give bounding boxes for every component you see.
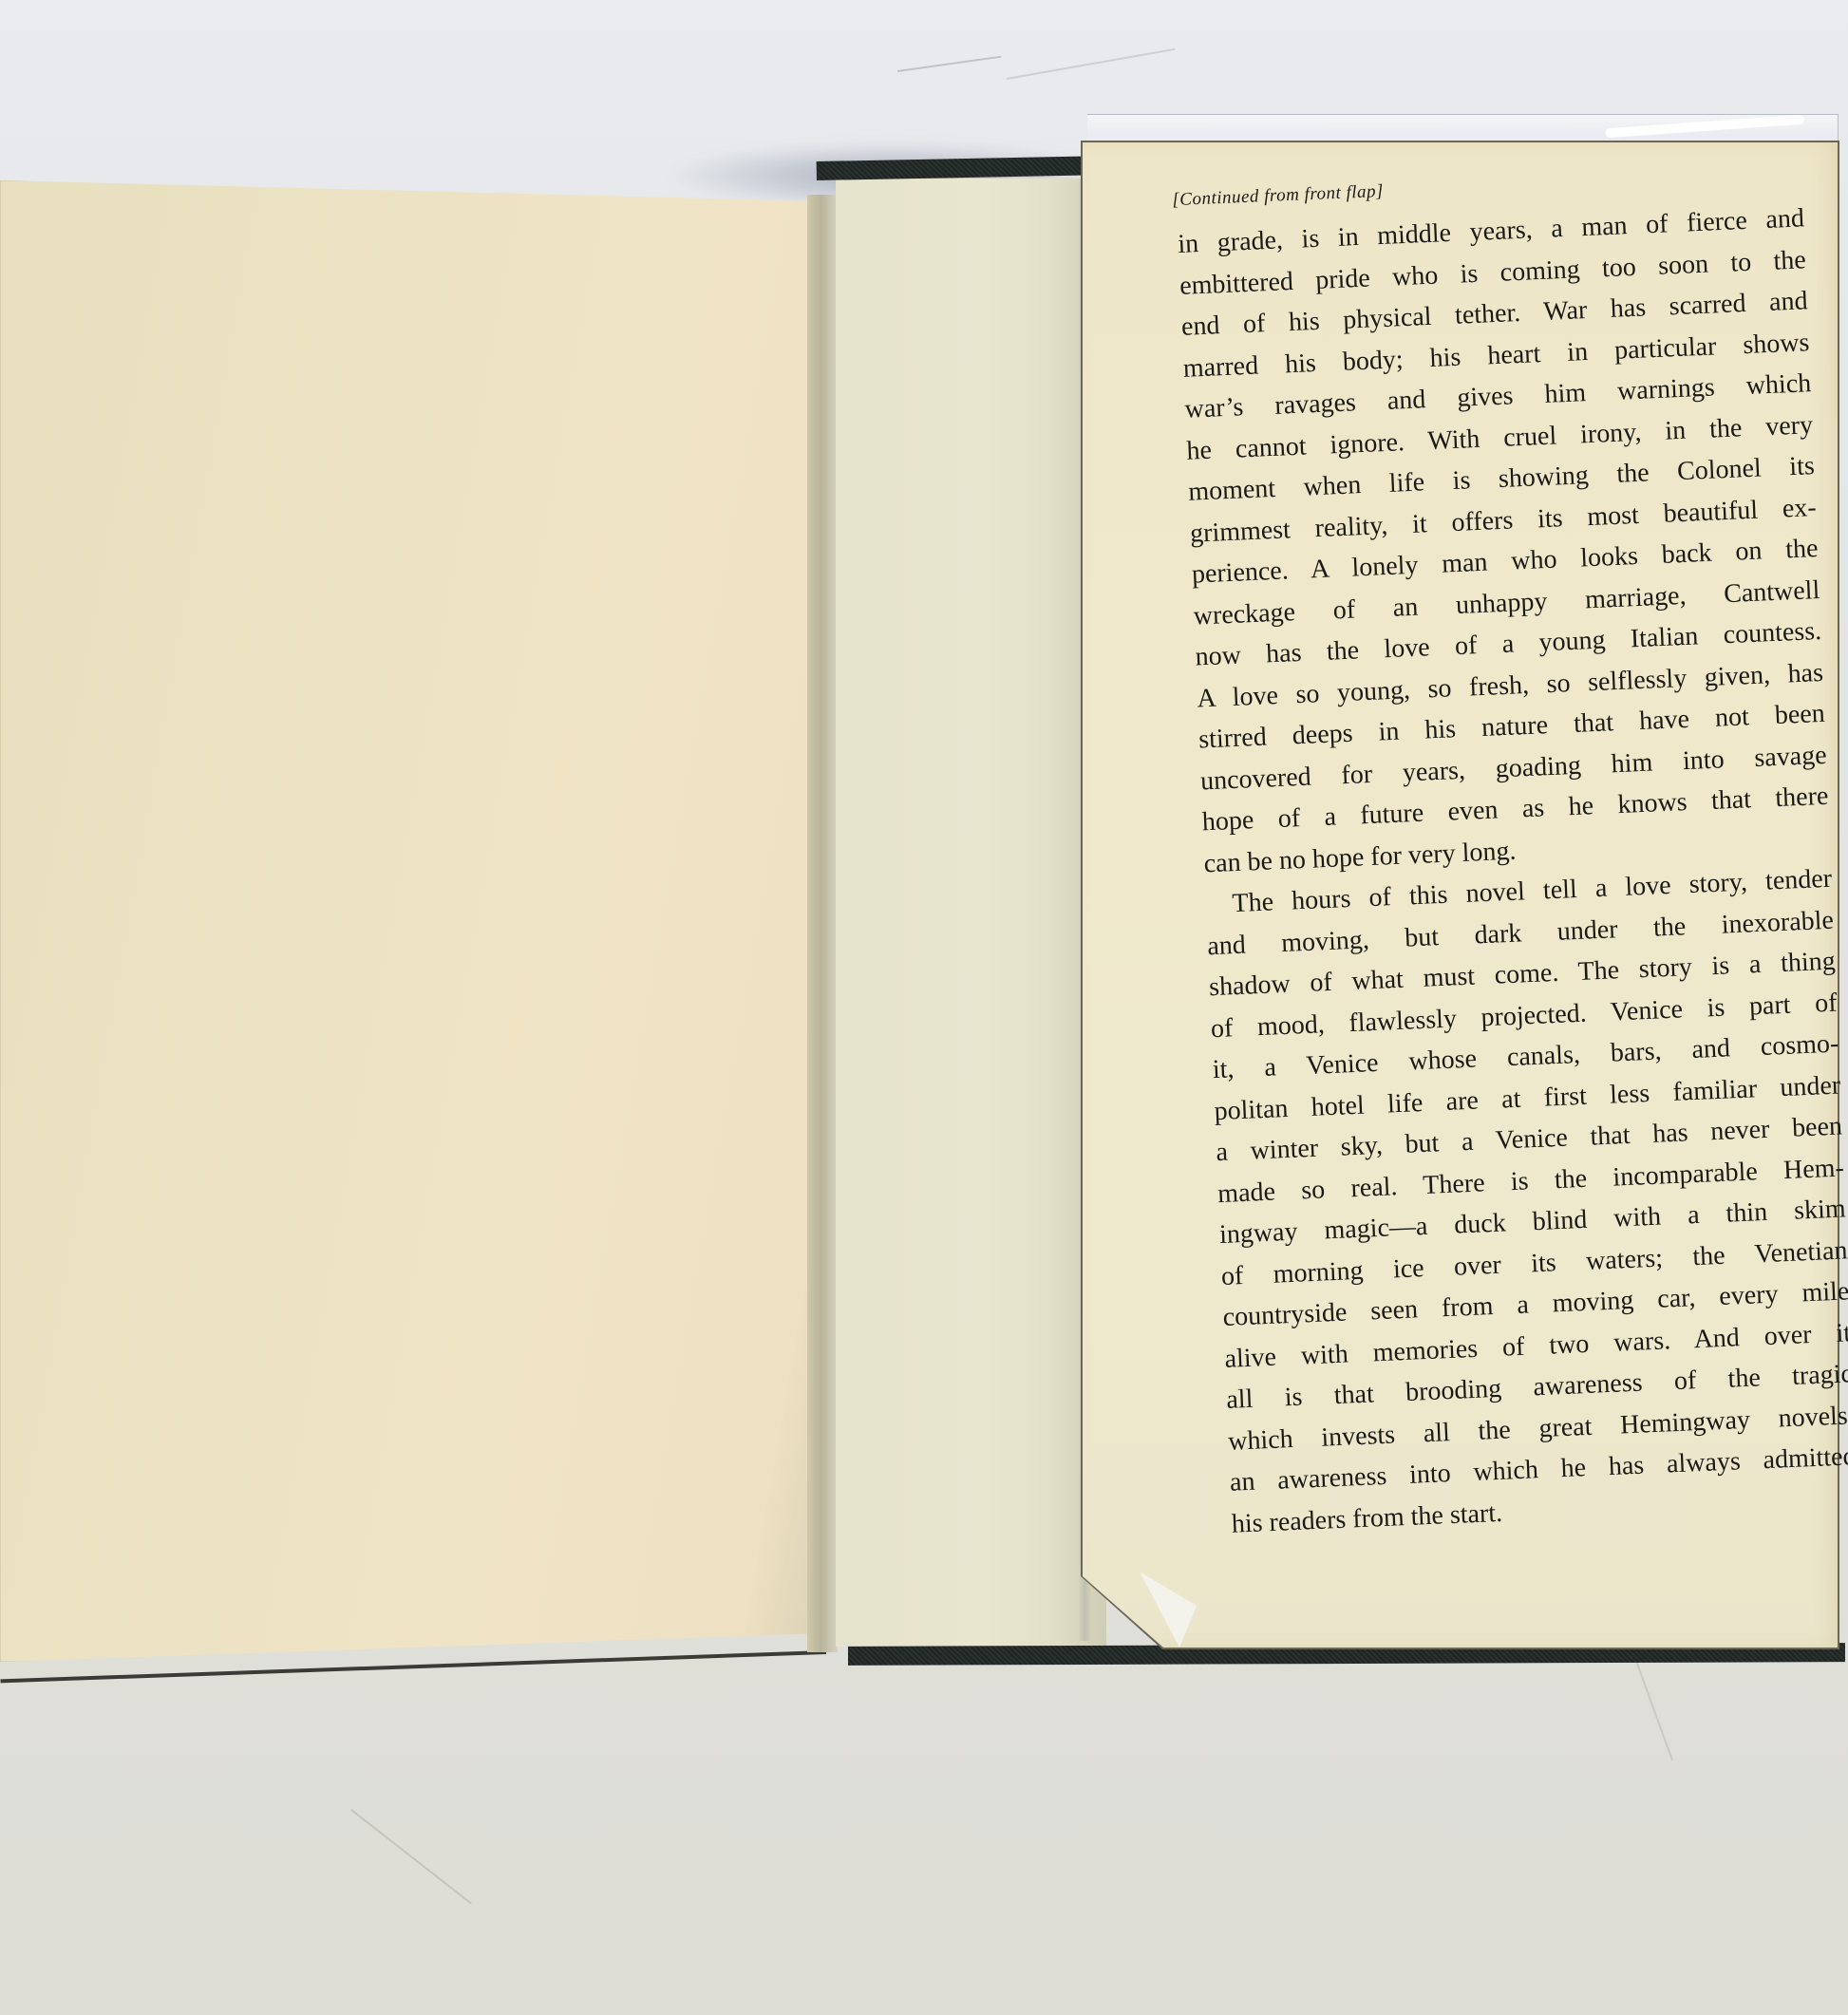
flap-text-block: [Continued from front flap] in grade, is… xyxy=(1176,163,1848,1544)
flap-paragraph-2: The hours of this novel tell a love stor… xyxy=(1205,858,1848,1545)
left-endpaper-page xyxy=(0,180,822,1662)
inner-board-pastedown xyxy=(836,179,1106,1647)
table-scuff-mark xyxy=(1007,48,1176,80)
table-scuff-mark xyxy=(897,56,1001,72)
photo-scene: [Continued from front flap] in grade, is… xyxy=(0,0,1848,2015)
table-scuff-mark xyxy=(1632,1653,1673,1761)
book-gutter xyxy=(807,195,838,1652)
flap-paragraph-1: in grade, is in middle years, a man of f… xyxy=(1178,198,1832,884)
table-scuff-mark xyxy=(350,1809,471,1904)
